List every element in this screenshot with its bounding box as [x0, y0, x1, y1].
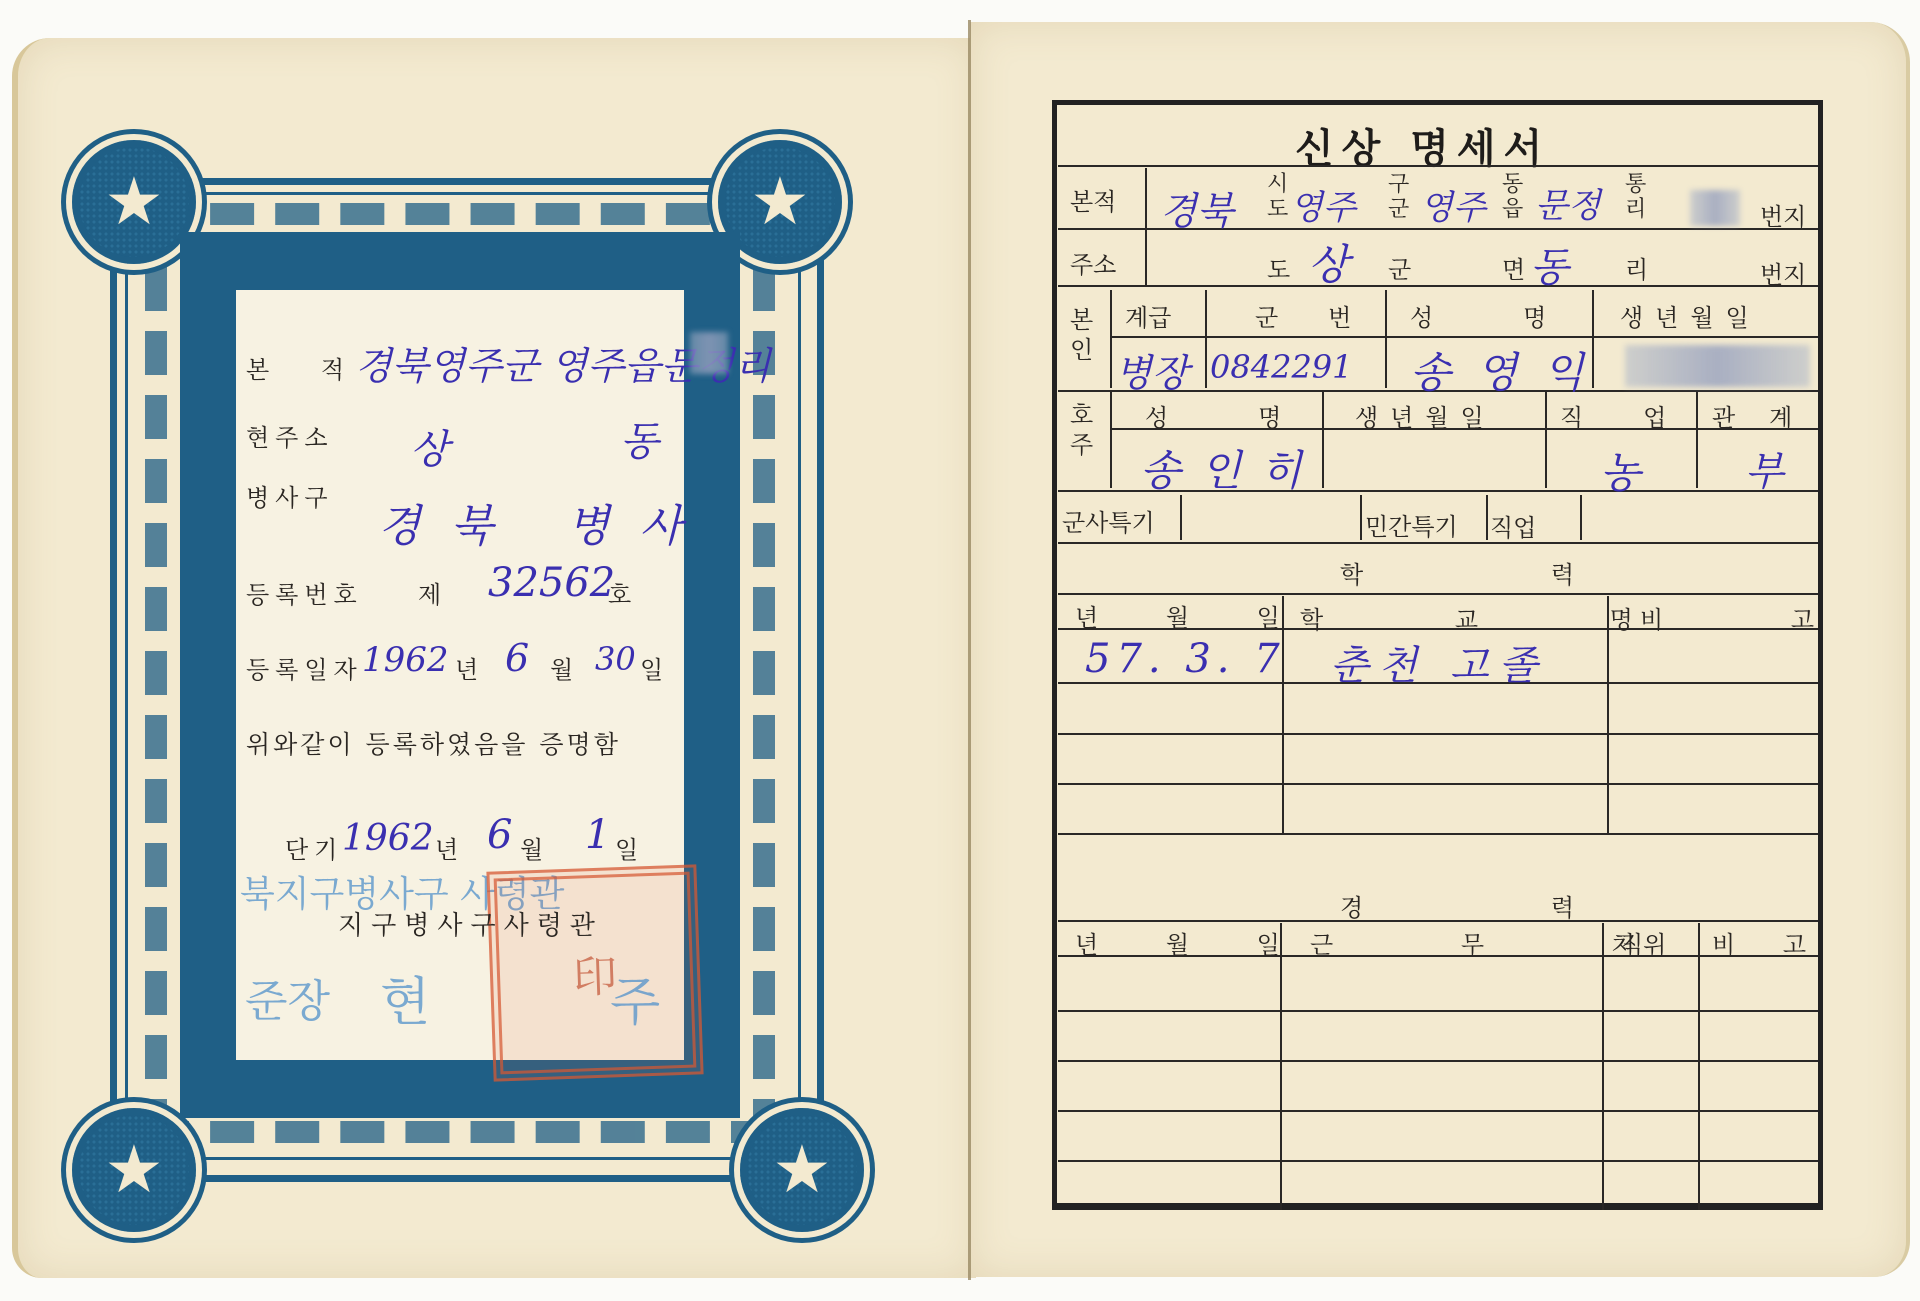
issue-month: 6 — [487, 812, 512, 858]
signature-name-a: 현 — [380, 960, 430, 1035]
value-service-number: 0842291 — [1210, 348, 1353, 386]
redacted-area — [690, 332, 728, 374]
issuer-title: 지구병사구사령관 — [338, 905, 603, 942]
row-divider — [1058, 285, 1818, 287]
value-registration-number: 32562 — [488, 560, 615, 606]
star-icon: ★ — [72, 1108, 196, 1232]
unit-dong: 동 — [1502, 173, 1523, 197]
unit-do: 도 — [1267, 250, 1290, 285]
unit-tong: 통 — [1625, 173, 1646, 197]
signature-rank: 준장 — [245, 965, 330, 1029]
certify-text: 위와같이 등록하였음을 증명함 — [246, 725, 621, 761]
issue-day: 1 — [585, 812, 610, 858]
issue-year-unit: 년 — [435, 830, 464, 865]
registration-year: 1962 — [362, 640, 449, 680]
edu-row-1-school: 춘천 고졸 — [1330, 634, 1547, 691]
label-registration-number: 등록번호 — [246, 575, 363, 610]
value-address-b: 동 — [1530, 236, 1569, 293]
redacted-birth-date — [1625, 345, 1810, 387]
row-divider — [1058, 542, 1818, 544]
header-birth-date: 생년월일 — [1620, 298, 1761, 333]
unit-beonji: 번지 — [1760, 197, 1806, 232]
registration-number-prefix: 제 — [418, 575, 447, 610]
row-divider — [1058, 1010, 1818, 1012]
label-bonjeok: 본적 — [1070, 182, 1116, 217]
col-divider — [1205, 290, 1207, 388]
value-bonjeok-ri: 문정 — [1535, 178, 1601, 227]
col-divider — [1145, 168, 1147, 285]
value-hh-occupation: 농 — [1600, 440, 1641, 500]
registration-month: 6 — [505, 636, 529, 680]
career-section-title: 경 력 — [1340, 888, 1664, 923]
value-hh-name: 송인히 — [1140, 438, 1322, 498]
row-divider — [1110, 336, 1818, 338]
unit-beonji: 번지 — [1760, 255, 1806, 290]
value-district: 경북 병사 — [378, 490, 712, 554]
col-divider — [1545, 392, 1547, 488]
unit-ri: 리 — [1625, 250, 1648, 285]
row-divider — [1058, 833, 1818, 835]
label-self: 본인 — [1070, 305, 1096, 365]
col-divider — [1280, 923, 1282, 1210]
career-header-position: 직위 — [1620, 925, 1666, 960]
row-divider — [1058, 1060, 1818, 1062]
issue-date-prefix: 단기 — [285, 830, 343, 865]
label-bonjeok: 본 적 — [246, 350, 366, 385]
registration-day-unit: 일 — [640, 650, 669, 685]
col-divider — [1486, 495, 1488, 540]
label-registration-date: 등록일자 — [246, 650, 363, 685]
unit-ri: 리 — [1625, 198, 1646, 222]
issue-month-unit: 월 — [520, 830, 549, 865]
edu-header-date: 년 월 일 — [1075, 598, 1310, 633]
row-divider — [1058, 165, 1818, 167]
registration-number-suffix: 호 — [608, 575, 637, 610]
book-spine — [968, 20, 971, 1280]
col-divider — [1110, 290, 1112, 388]
unit-eup: 읍 — [1502, 198, 1523, 222]
unit-gun: 군 — [1388, 198, 1409, 222]
label-job: 직업 — [1490, 508, 1536, 543]
label-district: 병사구 — [246, 478, 334, 513]
row-divider — [1058, 783, 1818, 785]
unit-do: 도 — [1267, 198, 1288, 222]
header-hh-birth-date: 생년월일 — [1355, 398, 1496, 433]
header-rank: 계급 — [1125, 298, 1171, 333]
value-bonjeok-do: 경북 — [1160, 180, 1233, 235]
header-name: 성명 — [1410, 298, 1636, 333]
issue-day-unit: 일 — [615, 830, 644, 865]
label-current-address: 현주소 — [246, 418, 334, 453]
value-current-address-a: 상 — [410, 418, 449, 475]
education-section-title: 학 력 — [1340, 555, 1664, 590]
value-bonjeok-eup: 영주 — [1420, 180, 1486, 229]
registration-day: 30 — [595, 640, 636, 678]
unit-myeon: 면 — [1502, 250, 1525, 285]
col-divider — [1602, 923, 1604, 1210]
header-hh-occupation: 직업 — [1560, 398, 1726, 433]
registration-year-unit: 년 — [455, 650, 484, 685]
career-header-note: 비 고 — [1712, 925, 1826, 960]
row-divider — [1058, 1110, 1818, 1112]
row-divider — [1058, 1160, 1818, 1162]
col-divider — [1110, 392, 1112, 488]
value-hh-relation: 부 — [1745, 440, 1784, 497]
edu-header-school: 학 교 명 — [1300, 600, 1695, 635]
edu-row-1-date: 57. 3. 7 — [1085, 636, 1286, 682]
unit-si: 시 — [1267, 173, 1288, 197]
header-hh-relation: 관계 — [1712, 398, 1826, 433]
col-divider — [1360, 495, 1362, 540]
career-header-date: 년 월 일 — [1075, 925, 1310, 960]
unit-gun: 군 — [1388, 250, 1411, 285]
value-bonjeok-gun: 영주 — [1290, 180, 1356, 229]
value-rank: 병장 — [1115, 342, 1188, 397]
registration-month-unit: 월 — [550, 650, 579, 685]
value-name: 송영익 — [1410, 340, 1610, 400]
edu-header-note: 비 고 — [1640, 600, 1874, 635]
header-hh-name: 성명 — [1145, 398, 1371, 433]
label-household-head: 호주 — [1070, 400, 1096, 460]
label-address: 주소 — [1070, 245, 1116, 280]
col-divider — [1580, 495, 1582, 540]
seal-stamp-icon: 印 — [486, 864, 703, 1081]
star-icon: ★ — [72, 140, 196, 264]
star-icon: ★ — [740, 1108, 864, 1232]
value-address-a: 상 — [1308, 232, 1349, 292]
row-divider — [1058, 593, 1818, 595]
col-divider — [1180, 495, 1182, 540]
signature-name-b: 주 — [610, 960, 660, 1035]
issue-year: 1962 — [342, 818, 434, 859]
col-divider — [1698, 923, 1700, 1210]
redacted-area — [1690, 190, 1740, 226]
header-service-number: 군번 — [1255, 298, 1401, 333]
unit-gu: 구 — [1388, 173, 1409, 197]
label-military-skill: 군사특기 — [1062, 503, 1155, 538]
label-civilian-skill: 민간특기 — [1365, 507, 1458, 542]
row-divider — [1058, 733, 1818, 735]
value-current-address-b: 동 — [620, 410, 659, 467]
